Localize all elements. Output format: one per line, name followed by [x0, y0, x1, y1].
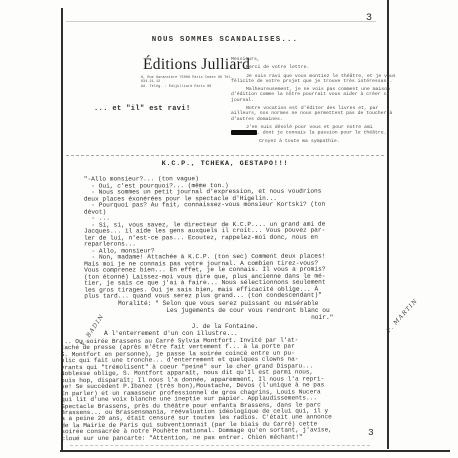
quote-attribution: J. de la Fontaine. [62, 323, 388, 330]
redaction-black-box [231, 130, 257, 135]
section-divider-dashed [66, 155, 384, 156]
section-title: K.C.P., TCHEKA, GESTAPO!!! [62, 160, 388, 168]
page-number-bottom: 3 [368, 427, 374, 438]
scanned-page: 3 NOUS SOMMES SCANDALISES... Éditions Ju… [0, 0, 458, 458]
letter-redaction-before: J'en suis désolé pour vous et pour notre… [246, 125, 373, 130]
article-body-text: ... Ou soirée Brassens au Carré Sylvia M… [61, 337, 400, 443]
photocopy-bottom-edge-line [60, 450, 450, 452]
handwritten-note-right: F. MARTIN [386, 298, 419, 334]
bottom-artifact-dashed-line [70, 445, 370, 446]
page-headline: NOUS SOMMES SCANDALISES... [62, 36, 388, 44]
letter-closing: Croyez à toute ma sympathie. [231, 139, 399, 144]
moralite-quote: Moralité: " Selon que vous serez puissan… [118, 301, 333, 322]
letterhead-logo: Éditions Julliard [143, 56, 243, 74]
scan-artifact-line [66, 21, 376, 22]
letter-paragraph: Je suis ravi que vous montiez le théâtre… [231, 74, 399, 85]
letterhead-comment: ... et "il" est ravi! [94, 105, 191, 113]
letterhead-address-line2: Ad. Télég. : Édijulliard Paris 06 [141, 85, 236, 89]
page-number-top: 3 [366, 13, 372, 24]
letterhead-address-line1: 8, Rue Garancière 75006 Paris Cedex 06 T… [141, 76, 236, 85]
letter-paragraph: Malheureusement, je ne vois pas comment … [231, 87, 399, 103]
letter-salutation: Messieurs, [231, 57, 399, 62]
letter-paragraph: Merci de votre lettre. [231, 65, 399, 70]
article-title: A l'enterrement d'un con illustre... [62, 330, 392, 337]
rejection-letter: Messieurs, Merci de votre lettre. Je sui… [231, 57, 399, 147]
letterhead-address: 8, Rue Garancière 75006 Paris Cedex 06 T… [141, 76, 236, 89]
letter-paragraph: Notre vocation est d'éditer des livres e… [231, 106, 399, 122]
letter-redaction-after: , dont je connais la passion pour le thé… [257, 131, 387, 136]
letter-paragraph-redacted: J'en suis désolé pour vous et pour notre… [231, 125, 399, 136]
phone-dialogue-text: "-Allo monsieur?... (ton vague) - Oui, c… [84, 175, 399, 300]
